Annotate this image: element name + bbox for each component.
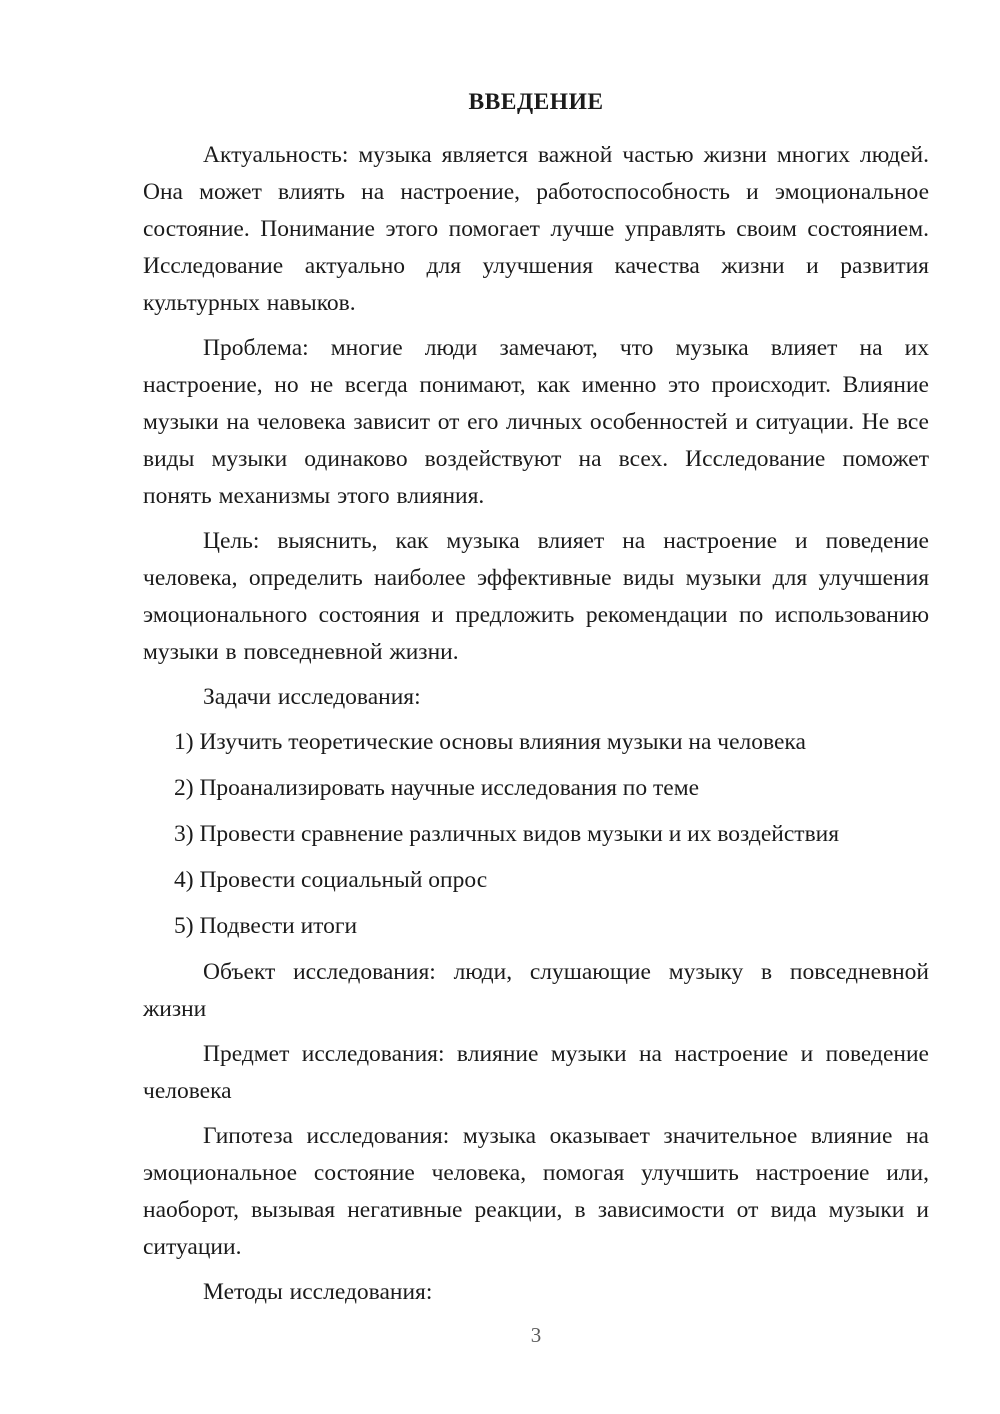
task-item-3: 3) Провести сравнение различных видов му…	[143, 816, 929, 853]
paragraph-subject: Предмет исследования: влияние музыки на …	[143, 1036, 929, 1110]
paragraph-hypothesis: Гипотеза исследования: музыка оказывает …	[143, 1118, 929, 1266]
paragraph-object: Объект исследования: люди, слушающие муз…	[143, 954, 929, 1028]
task-item-5: 5) Подвести итоги	[143, 908, 929, 945]
document-page: ВВЕДЕНИЕ Актуальность: музыка является в…	[0, 0, 1000, 1414]
task-item-4: 4) Провести социальный опрос	[143, 862, 929, 899]
page-number: 3	[531, 1323, 542, 1347]
task-list: 1) Изучить теоретические основы влияния …	[143, 724, 929, 945]
task-item-2: 2) Проанализировать научные исследования…	[143, 770, 929, 807]
page-footer: 3	[143, 1322, 929, 1348]
paragraph-problem: Проблема: многие люди замечают, что музы…	[143, 330, 929, 515]
methods-heading: Методы исследования:	[143, 1274, 929, 1311]
tasks-heading: Задачи исследования:	[143, 679, 929, 716]
task-item-1: 1) Изучить теоретические основы влияния …	[143, 724, 929, 761]
paragraph-actuality: Актуальность: музыка является важной час…	[143, 137, 929, 322]
page-title: ВВЕДЕНИЕ	[143, 84, 929, 121]
paragraph-goal: Цель: выяснить, как музыка влияет на нас…	[143, 523, 929, 671]
